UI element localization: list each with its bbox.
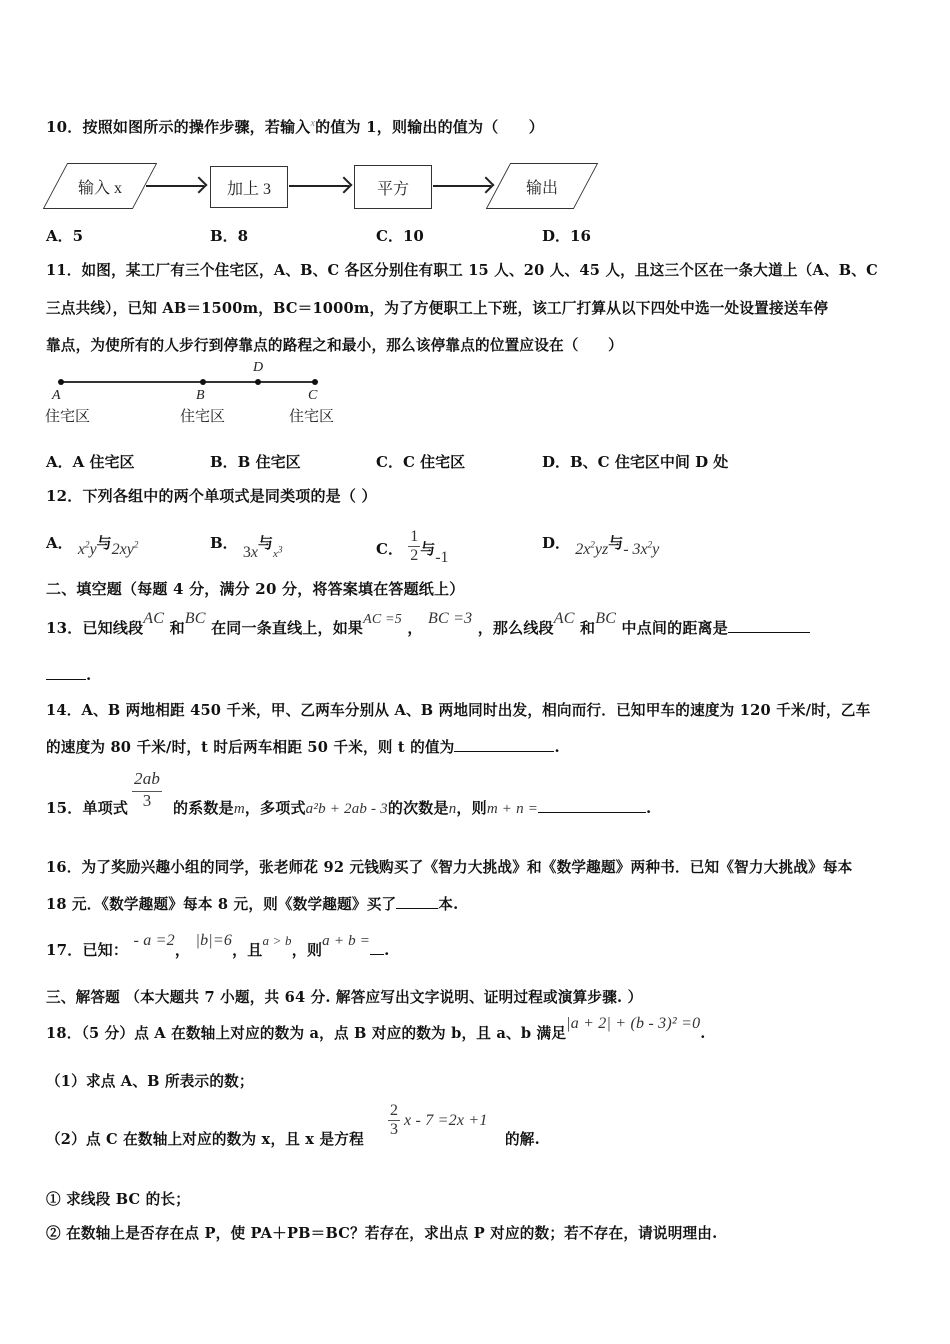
q12-c-left: 12 <box>408 528 420 564</box>
q13-text: 中点间的距离是 <box>622 619 728 637</box>
with-label: 与 <box>420 540 435 558</box>
q11-option-d[interactable]: D．B、C 住宅区中间 D 处 <box>542 451 728 472</box>
with-label: 与 <box>258 534 273 552</box>
q17-text: ，则 <box>292 941 322 959</box>
q17-cond-1: - a =2 <box>134 932 175 949</box>
q15-polynomial: a²b + 2ab - 3 <box>306 801 388 817</box>
q15-text: 的系数是 <box>173 799 234 817</box>
q18-equation: x - 7 =2x +1 <box>404 1112 488 1130</box>
q13-eq-ac: AC =5 <box>363 612 402 627</box>
q18-eq-num: 2 <box>388 1102 400 1121</box>
q15-rest: 的系数是m，多项式a²b + 2ab - 3的次数是n，则m + n =. <box>173 797 651 818</box>
q14-line-2: 的速度为 80 千米/时，t 时后两车相距 50 千米，则 t 的值为. <box>46 736 560 757</box>
q18-condition: |a + 2| + (b - 3)² =0 <box>566 1015 700 1032</box>
q11-line-3: 靠点，为使所有的人步行到停靠点的路程之和最小，那么该停靠点的位置应设在（ ） <box>46 334 623 355</box>
q14-end: . <box>554 739 559 756</box>
q15-frac-num: 2ab <box>132 770 162 792</box>
arrow-icon <box>289 185 349 187</box>
q10-text-pre: 按照如图所示的操作步骤，若输入 <box>82 118 310 136</box>
flow-output-label: 输出 <box>526 175 558 198</box>
q18-part2-text: （2）点 C 在数轴上对应的数为 x，且 x 是方程 <box>46 1128 364 1149</box>
q13-bc: BC <box>185 610 206 627</box>
q13-end: . <box>86 666 91 684</box>
point-c-label: C <box>308 388 317 404</box>
q10-option-c[interactable]: C．10 <box>376 225 424 246</box>
q10-option-a[interactable]: A．5 <box>46 225 83 246</box>
q18-stem: 18．（5 分）点 A 在数轴上对应的数为 a，点 B 对应的数为 b，且 a、… <box>46 1022 706 1043</box>
point-b-label: B <box>196 388 205 404</box>
q16-line-1: 16．为了奖励兴趣小组的同学，张老师花 92 元钱购买了《智力大挑战》和《数学趣… <box>46 856 852 877</box>
q12-b-left: 3x <box>243 544 258 561</box>
q18-eq-fraction: 2 3 <box>388 1102 400 1138</box>
point-a-label: A <box>52 388 61 404</box>
q15-text: ，则 <box>456 799 486 817</box>
q13-and: 和 <box>170 619 185 637</box>
q18-sub-2: ② 在数轴上是否存在点 P，使 PA＋PB＝BC？若存在，求出点 P 对应的数；… <box>46 1222 717 1243</box>
flow-add-box: 加上 3 <box>210 166 288 208</box>
q10-stem: 10．按照如图所示的操作步骤，若输入x的值为 1，则输出的值为（ ） <box>46 116 544 137</box>
point-d-dot <box>255 379 261 385</box>
q11-line-1: 11．如图，某工厂有三个住宅区，A、B、C 各区分别住有职工 15 人、20 人… <box>46 259 878 280</box>
q10-option-d[interactable]: D．16 <box>542 225 591 246</box>
q10-option-b[interactable]: B．8 <box>210 225 248 246</box>
arrow-icon <box>146 185 204 187</box>
option-label: B． <box>210 534 238 552</box>
q13-text: 在同一条直线上，如果 <box>211 619 363 637</box>
flow-square-label: 平方 <box>377 176 409 199</box>
q11-line-2: 三点共线），已知 AB＝1500m，BC＝1000m，为了方便职工上下班，该工厂… <box>46 297 828 318</box>
q12-option-b[interactable]: B． 3x与x3 <box>210 532 282 553</box>
q13-number: 13． <box>46 619 82 637</box>
point-a-dot <box>58 379 64 385</box>
q16-answer-blank[interactable] <box>396 894 438 909</box>
section-2-heading: 二、填空题（每题 4 分，满分 20 分，将答案填在答题纸上） <box>46 578 464 599</box>
point-c-dot <box>312 379 318 385</box>
option-label: D． <box>542 534 570 552</box>
q11-option-c[interactable]: C．C 住宅区 <box>376 451 465 472</box>
q15-end: . <box>646 799 651 817</box>
q18-sub-1: ① 求线段 BC 的长； <box>46 1188 190 1209</box>
flow-input-label: 输入 x <box>78 175 122 198</box>
point-b-dot <box>200 379 206 385</box>
q13-ac: AC <box>554 610 575 627</box>
option-label: C． <box>376 540 403 558</box>
q12-b-right: x3 <box>273 548 282 560</box>
q17-answer-blank[interactable] <box>370 940 384 955</box>
q13-bc: BC <box>595 610 616 627</box>
q16-line-2: 18 元．《数学趣题》每本 8 元，则《数学趣题》买了本. <box>46 893 458 914</box>
q13-and: 和 <box>580 619 595 637</box>
q16-text: 18 元．《数学趣题》每本 8 元，则《数学趣题》买了 <box>46 896 396 913</box>
option-label: A． <box>46 534 73 552</box>
q17-text: ，且 <box>232 941 262 959</box>
q18-text: 18．（5 分）点 A 在数轴上对应的数为 a，点 B 对应的数为 b，且 a、… <box>46 1025 566 1042</box>
q12-stem: 12．下列各组中的两个单项式是同类项的是（ ） <box>46 485 377 506</box>
flow-output-box: 输出 <box>498 163 586 209</box>
q12-option-d[interactable]: D． 2x2yz与- 3x2y <box>542 532 659 553</box>
zone-a-label: 住宅区 <box>45 405 90 426</box>
section-3-heading: 三、解答题 （本大题共 7 小题，共 64 分. 解答应写出文字说明、证明过程或… <box>46 986 642 1007</box>
q17-number: 17．已知： <box>46 941 128 959</box>
q15-frac-den: 3 <box>143 792 152 811</box>
with-label: 与 <box>97 534 112 552</box>
q15-number: 15．单项式 <box>46 797 128 818</box>
q10-text-post: 的值为 1，则输出的值为（ ） <box>315 118 544 136</box>
road-line <box>61 381 316 383</box>
q10-number: 10． <box>46 118 82 136</box>
q17-cond-3: a > b <box>262 933 291 948</box>
q16-end: 本. <box>438 896 458 913</box>
q15-expr: m + n = <box>487 801 538 817</box>
q13-answer-blank-cont[interactable] <box>46 665 86 680</box>
arrow-icon <box>433 185 491 187</box>
q15-text: 的次数是 <box>388 799 449 817</box>
q18-end: . <box>700 1025 705 1042</box>
q13-comma: ， <box>407 619 422 637</box>
q11-option-b[interactable]: B．B 住宅区 <box>210 451 301 472</box>
q12-d-left: 2x2yz <box>575 541 608 558</box>
q14-answer-blank[interactable] <box>454 737 554 752</box>
q12-option-c[interactable]: C． 12与-1 <box>376 532 449 568</box>
q12-c-right: -1 <box>435 549 448 566</box>
q13-stem: 13．已知线段AC 和BC 在同一条直线上，如果AC =5 ， BC =3 ，那… <box>46 617 810 638</box>
q13-ac: AC <box>143 610 164 627</box>
q14-line-1: 14．A、B 两地相距 450 千米，甲、乙两车分别从 A、B 两地同时出发，相… <box>46 699 870 720</box>
zone-c-label: 住宅区 <box>289 405 334 426</box>
q12-d-right: - 3x2y <box>623 541 659 558</box>
with-label: 与 <box>608 534 623 552</box>
q18-part2-end: 的解. <box>505 1128 540 1149</box>
zone-b-label: 住宅区 <box>180 405 225 426</box>
q17-sep: ， <box>175 941 190 959</box>
q12-option-a[interactable]: A． x2y与2xy2 <box>46 532 138 553</box>
flow-input-box: 输入 x <box>55 163 145 209</box>
q12-a-right: 2xy2 <box>112 541 139 558</box>
q17-end: . <box>384 941 389 959</box>
q17-expr: a + b = <box>322 933 370 949</box>
q13-text: 已知线段 <box>82 619 143 637</box>
q13-eq-bc: BC =3 <box>428 610 472 627</box>
q18-eq-den: 3 <box>390 1121 398 1139</box>
q15-answer-blank[interactable] <box>538 798 646 813</box>
q13-text: ，那么线段 <box>478 619 554 637</box>
q11-option-a[interactable]: A．A 住宅区 <box>46 451 135 472</box>
q13-answer-blank[interactable] <box>728 618 810 633</box>
q14-text: 的速度为 80 千米/时，t 时后两车相距 50 千米，则 t 的值为 <box>46 739 454 756</box>
q15-fraction: 2ab 3 <box>132 770 162 810</box>
q15-m: m <box>234 801 245 817</box>
q17-cond-2: |b|=6 <box>195 932 232 949</box>
q12-a-left: x2y <box>78 541 97 558</box>
q17-stem: 17．已知： - a =2， |b|=6，且a > b，则a + b =. <box>46 939 390 960</box>
q15-text: ，多项式 <box>245 799 306 817</box>
flow-square-box: 平方 <box>354 165 432 209</box>
q13-continuation: . <box>46 665 91 684</box>
flow-add-label: 加上 3 <box>227 176 271 199</box>
point-d-label: D <box>253 360 263 376</box>
q18-part-1: （1）求点 A、B 所表示的数； <box>46 1070 254 1091</box>
